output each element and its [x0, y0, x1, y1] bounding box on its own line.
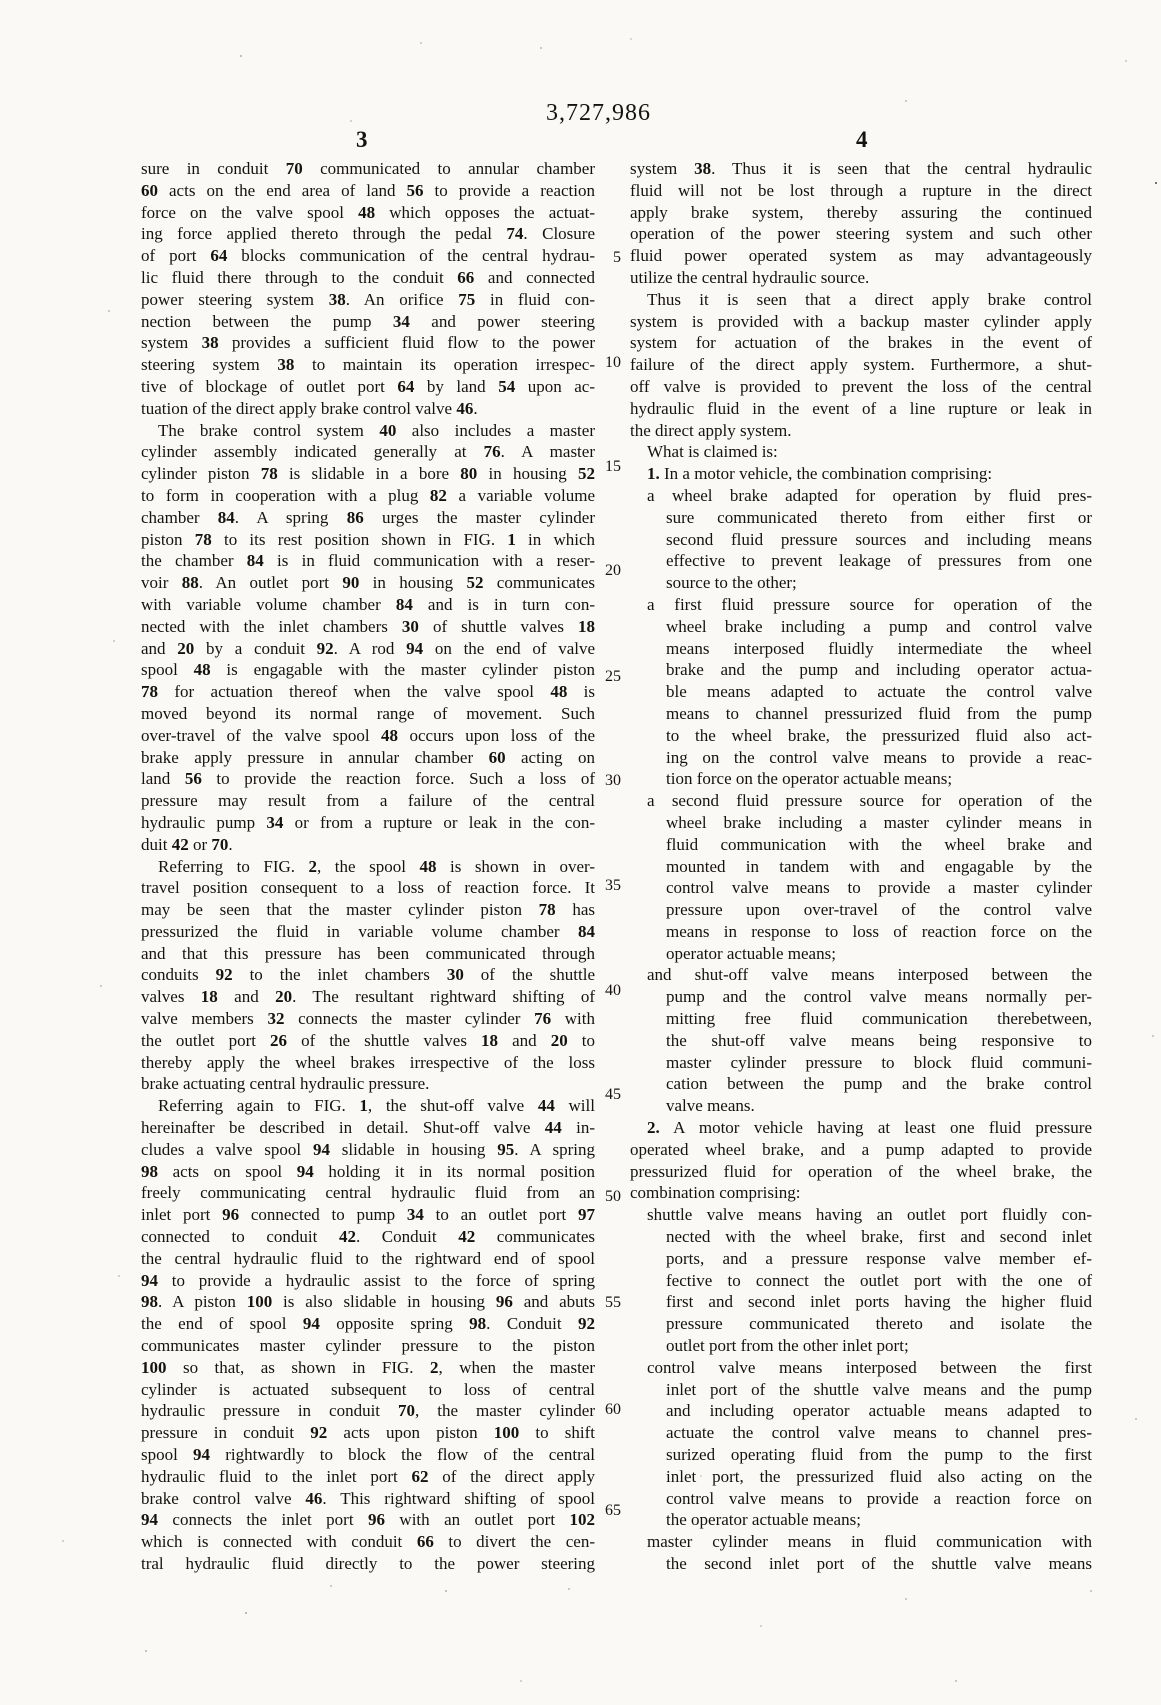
- text-line: fluid power operated system as may advan…: [630, 245, 1092, 267]
- text-line: the shut-off valve means being responsiv…: [630, 1030, 1092, 1052]
- text-line: inlet port 96 connected to pump 34 to an…: [141, 1204, 595, 1226]
- text-line: fluid will not be lost through a rupture…: [630, 180, 1092, 202]
- scan-noise: [0, 0, 2, 2]
- text-line: a first fluid pressure source for operat…: [630, 594, 1092, 616]
- text-line: the chamber 84 is in fluid communication…: [141, 550, 595, 572]
- text-line: failure of the direct apply system. Furt…: [630, 354, 1092, 376]
- text-line: which is connected with conduit 66 to di…: [141, 1531, 595, 1553]
- text-line: over-travel of the valve spool 48 occurs…: [141, 725, 595, 747]
- line-number: 5: [592, 249, 621, 267]
- text-line: pressurized fluid for operation of the w…: [630, 1161, 1092, 1183]
- line-number: 20: [592, 562, 621, 580]
- text-line: cylinder assembly indicated generally at…: [141, 441, 595, 463]
- text-line: cation between the pump and the brake co…: [630, 1073, 1092, 1095]
- text-line: force on the valve spool 48 which oppose…: [141, 202, 595, 224]
- text-line: source to the other;: [630, 572, 1092, 594]
- text-line: inlet port of the shuttle valve means an…: [630, 1379, 1092, 1401]
- line-number: 30: [592, 772, 621, 790]
- column-number-4: 4: [856, 127, 868, 153]
- text-line: may be seen that the master cylinder pis…: [141, 899, 595, 921]
- text-line: thereby apply the wheel brakes irrespect…: [141, 1052, 595, 1074]
- text-line: the end of spool 94 opposite spring 98. …: [141, 1313, 595, 1335]
- text-line: wheel brake including a pump and control…: [630, 616, 1092, 638]
- text-line: the operator actuable means;: [630, 1509, 1092, 1531]
- text-line: tive of blockage of outlet port 64 by la…: [141, 376, 595, 398]
- text-line: 1. In a motor vehicle, the combination c…: [630, 463, 1092, 485]
- text-line: 2. A motor vehicle having at least one f…: [630, 1117, 1092, 1139]
- text-line: and shut-off valve means interposed betw…: [630, 964, 1092, 986]
- text-line: brake and the pump and including operato…: [630, 659, 1092, 681]
- text-line: outlet port from the other inlet port;: [630, 1335, 1092, 1357]
- text-line: and 20 by a conduit 92. A rod 94 on the …: [141, 638, 595, 660]
- text-line: nected with the inlet chambers 30 of shu…: [141, 616, 595, 638]
- text-line: ble means adapted to actuate the control…: [630, 681, 1092, 703]
- text-line: a second fluid pressure source for opera…: [630, 790, 1092, 812]
- text-line: second fluid pressure sources and includ…: [630, 529, 1092, 551]
- text-line: fluid communication with the wheel brake…: [630, 834, 1092, 856]
- line-number: 35: [592, 877, 621, 895]
- text-line: connected to conduit 42. Conduit 42 comm…: [141, 1226, 595, 1248]
- text-line: shuttle valve means having an outlet por…: [630, 1204, 1092, 1226]
- text-line: master cylinder means in fluid communica…: [630, 1531, 1092, 1553]
- line-number: 55: [592, 1294, 621, 1312]
- text-line: effective to prevent leakage of pressure…: [630, 550, 1092, 572]
- line-number: 65: [592, 1502, 621, 1520]
- text-line: the central hydraulic fluid to the right…: [141, 1248, 595, 1270]
- text-line: land 56 to provide the reaction force. S…: [141, 768, 595, 790]
- text-line: 98 acts on spool 94 holding it in its no…: [141, 1161, 595, 1183]
- text-line: communicates master cylinder pressure to…: [141, 1335, 595, 1357]
- text-line: fective to connect the outlet port with …: [630, 1270, 1092, 1292]
- text-line: master cylinder pressure to block fluid …: [630, 1052, 1092, 1074]
- text-line: mitting free fluid communication therebe…: [630, 1008, 1092, 1030]
- text-line: Thus it is seen that a direct apply brak…: [630, 289, 1092, 311]
- text-line: apply brake system, thereby assuring the…: [630, 202, 1092, 224]
- text-line: steering system 38 to maintain its opera…: [141, 354, 595, 376]
- text-line: system for actuation of the brakes in th…: [630, 332, 1092, 354]
- text-line: wheel brake including a master cylinder …: [630, 812, 1092, 834]
- line-number: 10: [592, 354, 621, 372]
- text-line: pressure upon over-travel of the control…: [630, 899, 1092, 921]
- text-line: freely communicating central hydraulic f…: [141, 1182, 595, 1204]
- text-line: 78 for actuation thereof when the valve …: [141, 681, 595, 703]
- text-line: brake control valve 46. This rightward s…: [141, 1488, 595, 1510]
- text-line: hydraulic pressure in conduit 70, the ma…: [141, 1400, 595, 1422]
- line-number-gutter: 5101520253035404550556065: [592, 0, 627, 1705]
- text-line: the outlet port 26 of the shuttle valves…: [141, 1030, 595, 1052]
- text-line: hydraulic fluid to the inlet port 62 of …: [141, 1466, 595, 1488]
- text-line: 94 to provide a hydraulic assist to the …: [141, 1270, 595, 1292]
- text-line: first and second inlet ports having the …: [630, 1291, 1092, 1313]
- text-line: duit 42 or 70.: [141, 834, 595, 856]
- text-line: control valve means to provide a reactio…: [630, 1488, 1092, 1510]
- column-number-3: 3: [356, 127, 368, 153]
- text-line: a wheel brake adapted for operation by f…: [630, 485, 1092, 507]
- text-line: hydraulic fluid in the event of a line r…: [630, 398, 1092, 420]
- line-number: 40: [592, 982, 621, 1000]
- text-line: mounted in tandem with and engagable by …: [630, 856, 1092, 878]
- text-line: valve members 32 connects the master cyl…: [141, 1008, 595, 1030]
- text-line: and that this pressure has been communic…: [141, 943, 595, 965]
- text-line: brake apply pressure in annular chamber …: [141, 747, 595, 769]
- text-line: pressure communicated thereto and isolat…: [630, 1313, 1092, 1335]
- text-line: spool 94 rightwardly to block the flow o…: [141, 1444, 595, 1466]
- text-line: pressurized the fluid in variable volume…: [141, 921, 595, 943]
- text-line: cylinder piston 78 is slidable in a bore…: [141, 463, 595, 485]
- text-line: surized operating fluid from the pump to…: [630, 1444, 1092, 1466]
- text-line: of port 64 blocks communication of the c…: [141, 245, 595, 267]
- text-line: conduits 92 to the inlet chambers 30 of …: [141, 964, 595, 986]
- line-number: 25: [592, 668, 621, 686]
- patent-number: 3,727,986: [18, 100, 1161, 127]
- text-line: pump and the control valve means normall…: [630, 986, 1092, 1008]
- text-line: control valve means interposed between t…: [630, 1357, 1092, 1379]
- text-line: ing on the control valve means to provid…: [630, 747, 1092, 769]
- text-line: 100 so that, as shown in FIG. 2, when th…: [141, 1357, 595, 1379]
- text-line: tuation of the direct apply brake contro…: [141, 398, 595, 420]
- text-line: operator actuable means;: [630, 943, 1092, 965]
- line-number: 60: [592, 1401, 621, 1419]
- text-line: ports, and a pressure response valve mem…: [630, 1248, 1092, 1270]
- right-text-column: system 38. Thus it is seen that the cent…: [630, 158, 1092, 1575]
- text-line: pressure in conduit 92 acts upon piston …: [141, 1422, 595, 1444]
- text-line: hydraulic pump 34 or from a rupture or l…: [141, 812, 595, 834]
- text-line: and including operator actuable means ad…: [630, 1400, 1092, 1422]
- text-line: sure communicated thereto from either fi…: [630, 507, 1092, 529]
- text-line: valve means.: [630, 1095, 1092, 1117]
- text-line: operation of the power steering system a…: [630, 223, 1092, 245]
- text-line: system is provided with a backup master …: [630, 311, 1092, 333]
- text-line: cylinder is actuated subsequent to loss …: [141, 1379, 595, 1401]
- line-number: 45: [592, 1086, 621, 1104]
- text-line: voir 88. An outlet port 90 in housing 52…: [141, 572, 595, 594]
- text-line: to the wheel brake, the pressurized flui…: [630, 725, 1092, 747]
- text-line: What is claimed is:: [630, 441, 1092, 463]
- text-line: operated wheel brake, and a pump adapted…: [630, 1139, 1092, 1161]
- line-number: 50: [592, 1188, 621, 1206]
- text-line: means to channel pressurized fluid from …: [630, 703, 1092, 725]
- text-line: tral hydraulic fluid directly to the pow…: [141, 1553, 595, 1575]
- text-line: with variable volume chamber 84 and is i…: [141, 594, 595, 616]
- text-line: means interposed fluidly intermediate th…: [630, 638, 1092, 660]
- text-line: lic fluid there through to the conduit 6…: [141, 267, 595, 289]
- text-line: 60 acts on the end area of land 56 to pr…: [141, 180, 595, 202]
- text-line: sure in conduit 70 communicated to annul…: [141, 158, 595, 180]
- text-line: cludes a valve spool 94 slidable in hous…: [141, 1139, 595, 1161]
- text-line: valves 18 and 20. The resultant rightwar…: [141, 986, 595, 1008]
- text-line: control valve means to provide a master …: [630, 877, 1092, 899]
- text-line: Referring to FIG. 2, the spool 48 is sho…: [141, 856, 595, 878]
- text-line: tion force on the operator actuable mean…: [630, 768, 1092, 790]
- text-line: nection between the pump 34 and power st…: [141, 311, 595, 333]
- text-line: pressure may result from a failure of th…: [141, 790, 595, 812]
- text-line: to form in cooperation with a plug 82 a …: [141, 485, 595, 507]
- text-line: 94 connects the inlet port 96 with an ou…: [141, 1509, 595, 1531]
- text-line: 98. A piston 100 is also slidable in hou…: [141, 1291, 595, 1313]
- text-line: the direct apply system.: [630, 420, 1092, 442]
- text-line: hereinafter be described in detail. Shut…: [141, 1117, 595, 1139]
- text-line: combination comprising:: [630, 1182, 1092, 1204]
- text-line: brake actuating central hydraulic pressu…: [141, 1073, 595, 1095]
- text-line: chamber 84. A spring 86 urges the master…: [141, 507, 595, 529]
- text-line: system 38. Thus it is seen that the cent…: [630, 158, 1092, 180]
- text-line: Referring again to FIG. 1, the shut-off …: [141, 1095, 595, 1117]
- patent-page: 3,727,986 3 4 5101520253035404550556065 …: [0, 0, 1161, 1705]
- text-line: system 38 provides a sufficient fluid fl…: [141, 332, 595, 354]
- left-text-column: sure in conduit 70 communicated to annul…: [141, 158, 595, 1575]
- text-line: ing force applied thereto through the pe…: [141, 223, 595, 245]
- line-number: 15: [592, 458, 621, 476]
- text-line: off valve is provided to prevent the los…: [630, 376, 1092, 398]
- text-line: piston 78 to its rest position shown in …: [141, 529, 595, 551]
- text-line: spool 48 is engagable with the master cy…: [141, 659, 595, 681]
- text-line: moved beyond its normal range of movemen…: [141, 703, 595, 725]
- text-line: nected with the wheel brake, first and s…: [630, 1226, 1092, 1248]
- text-line: The brake control system 40 also include…: [141, 420, 595, 442]
- text-line: power steering system 38. An orifice 75 …: [141, 289, 595, 311]
- text-line: the second inlet port of the shuttle val…: [630, 1553, 1092, 1575]
- text-line: actuate the control valve means to chann…: [630, 1422, 1092, 1444]
- text-line: means in response to loss of reaction fo…: [630, 921, 1092, 943]
- text-line: utilize the central hydraulic source.: [630, 267, 1092, 289]
- text-line: travel position consequent to a loss of …: [141, 877, 595, 899]
- text-line: inlet port, the pressurized fluid also a…: [630, 1466, 1092, 1488]
